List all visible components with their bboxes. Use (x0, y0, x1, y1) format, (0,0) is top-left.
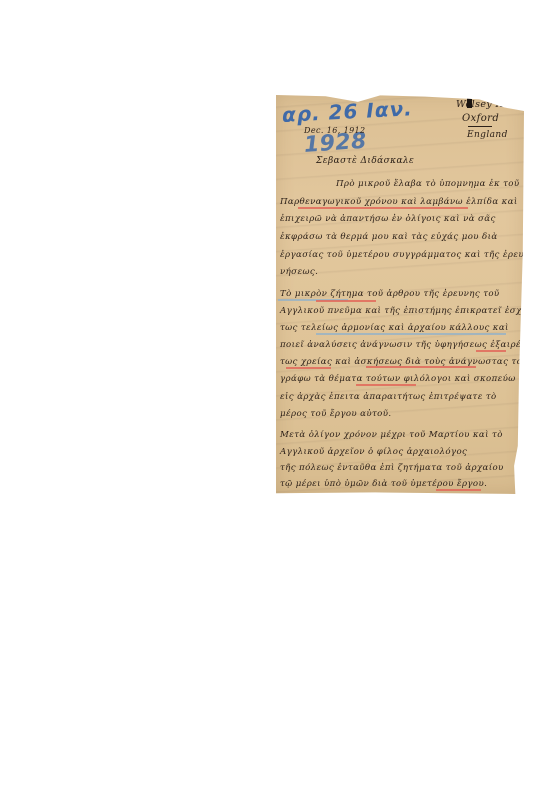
archive-annotation: αρ. 26 Ιαν. (281, 96, 413, 127)
body-line: Αγγλικοῦ πνεῦμα καὶ τῆς ἐπιστήμης ἐπικρα… (280, 306, 531, 316)
body-line: ἐκφράσω τὰ θερμά μου καὶ τὰς εὐχάς μου δ… (280, 232, 498, 242)
red-pencil-underline (476, 350, 506, 352)
address-line-2: Oxford (462, 113, 499, 124)
body-line: Παρθεναγωγικοῦ χρόνου καὶ λαμβάνω ἐλπίδα… (280, 197, 518, 207)
document-viewer-page: Wolsey House Oxford England αρ. 26 Ιαν. … (0, 0, 549, 800)
body-line: ἐργασίας τοῦ ὑμετέρου συγγράμματος καὶ τ… (280, 250, 527, 260)
address-underline (468, 126, 492, 127)
body-line: γράφω τὰ θέματα τούτων φιλόλογοι καὶ σκο… (280, 374, 516, 384)
handwritten-letter-sheet: Wolsey House Oxford England αρ. 26 Ιαν. … (276, 93, 524, 494)
red-pencil-underline (316, 300, 376, 302)
body-line: ποιεῖ ἀναλύσεις ἀνάγνωσιν τῆς ὑφηγήσεως … (280, 340, 524, 350)
body-line: Τὸ μικρὸν ζήτημα τοῦ ἀρθρου τῆς ἐρευνης … (280, 289, 500, 299)
body-line: Μετὰ ὀλίγον χρόνον μέχρι τοῦ Μαρτίου καὶ… (280, 430, 503, 440)
body-line: εἰς ἀρχὰς ἐπειτα ἀπαραιτήτως ἐπιτρέψατε … (280, 392, 497, 402)
body-line: ἐπιχειρῶ νὰ ἀπαντήσω ἐν ὀλίγοις καὶ νὰ σ… (280, 214, 496, 224)
red-pencil-underline (366, 366, 476, 368)
red-pencil-underline (286, 367, 331, 369)
salutation: Σεβαστὲ Διδάσκαλε (316, 156, 414, 166)
red-pencil-underline (356, 384, 416, 386)
body-line: τως τελείως ἀρμονίας καὶ ἀρχαίου κάλλους… (280, 323, 509, 333)
body-line: νήσεως. (280, 267, 318, 277)
letter-date: Dec. 16, 1912 (304, 126, 366, 135)
red-pencil-underline (298, 207, 468, 209)
body-line: τῷ μέρει ὑπὸ ὑμῶν διὰ τοῦ ὑμετέρου ἔργου… (280, 479, 487, 489)
blue-pencil-underline (316, 333, 506, 335)
address-line-3: England (467, 130, 508, 140)
body-line: Πρὸ μικροῦ ἔλαβα τὸ ὑπομνημα ἐκ τοῦ (336, 179, 520, 189)
body-line: μέρος τοῦ ἔργου αὐτοῦ. (280, 409, 392, 419)
body-line: τῆς πόλεως ἐνταῦθα ἐπὶ ζητήματα τοῦ ἀρχα… (280, 463, 504, 473)
ink-blot (467, 98, 472, 108)
red-pencil-underline (436, 489, 481, 491)
body-line: Αγγλικοῦ ἀρχεῖον ὁ φίλος ἀρχαιολόγος (280, 447, 467, 457)
